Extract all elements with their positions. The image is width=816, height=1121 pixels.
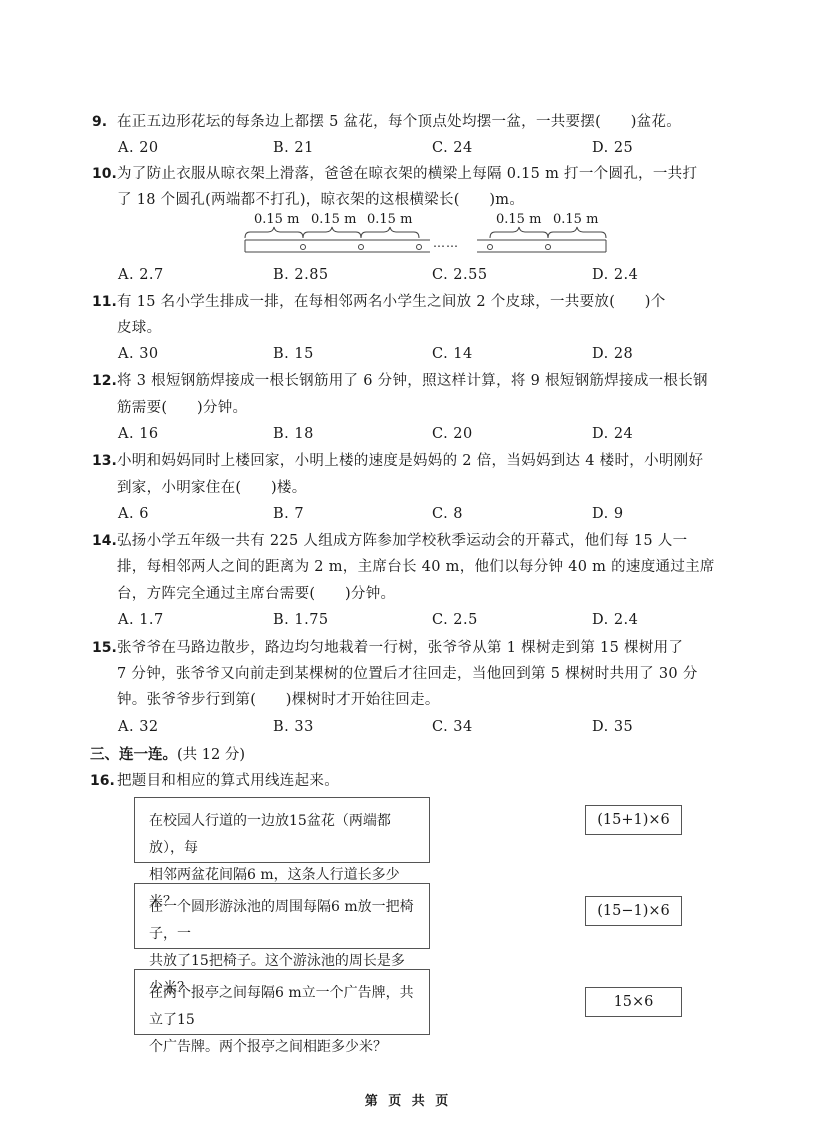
q14-option-a: A. 1.7 xyxy=(118,610,164,630)
question-15-text-line-1: 张爷爷在马路边散步，路边均匀地栽着一行树，张爷爷从第 1 棵树走到第 15 棵树… xyxy=(117,638,683,658)
question-number-10: 10. xyxy=(92,164,117,184)
q12-option-b: B. 18 xyxy=(273,424,314,444)
q10-option-b: B. 2.85 xyxy=(273,265,329,285)
q13-option-c: C. 8 xyxy=(432,504,463,524)
question-9-text: 在正五边形花坛的每条边上都摆 5 盆花，每个顶点处均摆一盆，一共要摆( )盆花。 xyxy=(117,112,681,132)
expression-box-2[interactable]: (15−1)×6 xyxy=(585,896,682,926)
q9-option-b: B. 21 xyxy=(273,138,314,158)
page-footer: 第 页 共 页 xyxy=(0,1090,816,1109)
clothes-rack-beam-diagram: 0.15 m 0.15 m 0.15 m 0.15 m 0.15 m …… xyxy=(240,212,610,260)
expression-box-3[interactable]: 15×6 xyxy=(585,987,682,1017)
matching-problem-2[interactable]: 在一个圆形游泳池的周围每隔6 m放一把椅子，一 共放了15把椅子。这个游泳池的周… xyxy=(134,883,430,949)
problem-2-line-1: 在一个圆形游泳池的周围每隔6 m放一把椅子，一 xyxy=(149,894,417,948)
expression-box-1[interactable]: (15+1)×6 xyxy=(585,805,682,835)
q11-option-b: B. 15 xyxy=(273,344,314,364)
section-3-heading: 三、连一连。(共 12 分) xyxy=(90,745,245,765)
section-3-points: (共 12 分) xyxy=(177,747,245,763)
q15-option-b: B. 33 xyxy=(273,717,314,737)
beam-drawing xyxy=(240,212,610,260)
q11-option-c: C. 14 xyxy=(432,344,473,364)
section-3-title: 三、连一连。 xyxy=(90,747,177,763)
matching-problem-1[interactable]: 在校园人行道的一边放15盆花（两端都放），每 相邻两盆花间隔6 m，这条人行道长… xyxy=(134,797,430,863)
q15-option-d: D. 35 xyxy=(592,717,633,737)
q10-option-a: A. 2.7 xyxy=(118,265,164,285)
q14-option-d: D. 2.4 xyxy=(592,610,638,630)
question-number-12: 12. xyxy=(92,371,117,391)
question-10-text-line-2: 了 18 个圆孔(两端都不打孔)，晾衣架的这根横梁长( )m。 xyxy=(117,190,524,210)
question-number-11: 11. xyxy=(92,292,117,312)
question-12-text-line-1: 将 3 根短钢筋焊接成一根长钢筋用了 6 分钟，照这样计算，将 9 根短钢筋焊接… xyxy=(117,371,708,391)
q13-option-b: B. 7 xyxy=(273,504,304,524)
matching-problem-3[interactable]: 在两个报亭之间每隔6 m立一个广告牌，共立了15 个广告牌。两个报亭之间相距多少… xyxy=(134,969,430,1035)
question-12-text-line-2: 筋需要( )分钟。 xyxy=(117,398,247,418)
q13-option-d: D. 9 xyxy=(592,504,624,524)
question-number-13: 13. xyxy=(92,451,117,471)
question-10-text-line-1: 为了防止衣服从晾衣架上滑落，爸爸在晾衣架的横梁上每隔 0.15 m 打一个圆孔，… xyxy=(117,164,697,184)
worksheet-page: 9. 在正五边形花坛的每条边上都摆 5 盆花，每个顶点处均摆一盆，一共要摆( )… xyxy=(0,0,816,1121)
q9-option-a: A. 20 xyxy=(118,138,159,158)
question-14-text-line-2: 排，每相邻两人之间的距离为 2 m，主席台长 40 m，他们以每分钟 40 m … xyxy=(117,557,715,577)
question-15-text-line-2: 7 分钟，张爷爷又向前走到某棵树的位置后才往回走，当他回到第 5 棵树时共用了 … xyxy=(117,664,698,684)
q10-option-c: C. 2.55 xyxy=(432,265,488,285)
problem-3-line-2: 个广告牌。两个报亭之间相距多少米？ xyxy=(149,1034,417,1061)
q14-option-c: C. 2.5 xyxy=(432,610,478,630)
question-number-9: 9. xyxy=(92,112,107,132)
q9-option-d: D. 25 xyxy=(592,138,633,158)
question-number-16: 16. xyxy=(90,771,115,791)
question-15-text-line-3: 钟。张爷爷步行到第( )棵树时才开始往回走。 xyxy=(117,690,440,710)
problem-3-line-1: 在两个报亭之间每隔6 m立一个广告牌，共立了15 xyxy=(149,980,417,1034)
question-14-text-line-1: 弘扬小学五年级一共有 225 人组成方阵参加学校秋季运动会的开幕式，他们每 15… xyxy=(117,531,687,551)
question-number-14: 14. xyxy=(92,531,117,551)
q10-option-d: D. 2.4 xyxy=(592,265,638,285)
q15-option-c: C. 34 xyxy=(432,717,473,737)
question-13-text-line-1: 小明和妈妈同时上楼回家，小明上楼的速度是妈妈的 2 倍，当妈妈到达 4 楼时，小… xyxy=(117,451,703,471)
q14-option-b: B. 1.75 xyxy=(273,610,329,630)
question-14-text-line-3: 台，方阵完全通过主席台需要( )分钟。 xyxy=(117,584,395,604)
q13-option-a: A. 6 xyxy=(118,504,149,524)
q12-option-d: D. 24 xyxy=(592,424,633,444)
problem-1-line-1: 在校园人行道的一边放15盆花（两端都放），每 xyxy=(149,808,417,862)
q15-option-a: A. 32 xyxy=(118,717,159,737)
q12-option-c: C. 20 xyxy=(432,424,473,444)
q9-option-c: C. 24 xyxy=(432,138,473,158)
question-11-text-line-2: 皮球。 xyxy=(117,318,161,338)
question-16-instruction: 把题目和相应的算式用线连起来。 xyxy=(117,771,339,791)
q11-option-d: D. 28 xyxy=(592,344,633,364)
q11-option-a: A. 30 xyxy=(118,344,159,364)
question-11-text-line-1: 有 15 名小学生排成一排，在每相邻两名小学生之间放 2 个皮球，一共要放( )… xyxy=(117,292,666,312)
question-13-text-line-2: 到家，小明家住在( )楼。 xyxy=(117,478,307,498)
q12-option-a: A. 16 xyxy=(118,424,159,444)
question-number-15: 15. xyxy=(92,638,117,658)
